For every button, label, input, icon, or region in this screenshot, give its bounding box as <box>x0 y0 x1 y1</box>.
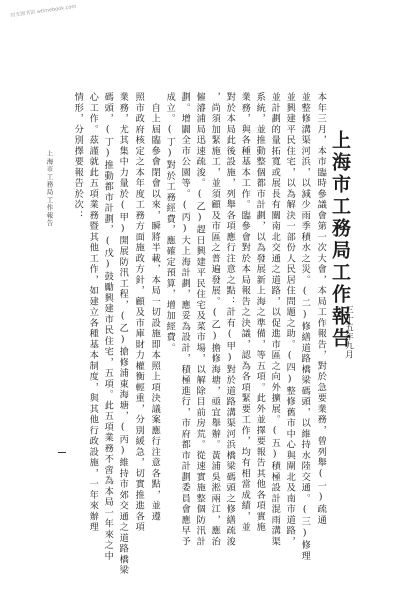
body-column-4: 並計劃的量拓寬或展長有關南北交通之道路，以促進市區之向外擴展。(五)積極設計混雨… <box>270 92 279 547</box>
body-column-11: 成立。(丁)對於工務經費，應確定預算，增加經費。 <box>165 92 174 354</box>
body-column-17: 情形，分別擇要報告於次： <box>73 92 82 221</box>
body-column-16: 心工作。茲謹就此五項業務暨其他工作，如建立各種基本制度，與其他行政設施，一年來辦… <box>88 92 97 533</box>
body-column-12: 自上屆臨參會閉會以來，瞬將半載，本局一切設施即本照上項決議案應行注意各點，並遵 <box>150 92 159 522</box>
document-page: 上海市工務局工作報告 三十五年九月 本年三月，本市臨時參議會第一次大會，本局工作… <box>0 0 403 600</box>
running-header: 上海市工務局工作報告 <box>46 150 53 227</box>
body-column-3: 並興建平民住宅，以為解決一部份人民居住問題之助。(四)整修舊市中心與閘北及南市道… <box>285 92 294 547</box>
body-column-1: 本年三月，本市臨時參議會第一次大會，本局工作報告，對於急要業務，曾列舉(一)疏通 <box>316 92 325 526</box>
body-column-5: 系統，並推動整個都市計劃，以為發展新上海之準備，等五項。此外並擇要報告其他各項實… <box>255 92 264 533</box>
body-column-2: 並整修溝渠河浜，以減少雨季積水之災。(二)修繕道路橋梁碼頭，以維持水陸交通。(三… <box>300 92 309 561</box>
body-column-9: 僱濬浦局迅速疏浚。(乙)趕日興建平民住宅及菜市場，以解除目前房荒。從速實施整個防… <box>195 92 204 547</box>
body-column-7: 對於本局此後設施，列舉各項應行注意之點：計有(甲)對於道路溝渠河浜橋梁碼頭之修繕… <box>225 92 234 547</box>
body-column-6: 業務，與各種基本工作。臨參會對於本局報告之決議，認為各項緊要工作，均有相當成績，… <box>240 92 249 533</box>
body-column-13: 照市政府核定之本年度工務方面施政方針，顧及市庫財力權衡輕重，分別緩急，切實推進各… <box>134 92 143 533</box>
body-column-8: ，尚須加緊施工，並須顧及市區之普遍發展。(乙)擔修海塘，亟宜舉辦。黃浦吳淞兩江，… <box>210 92 219 547</box>
report-date: 三十五年九月 <box>344 305 353 359</box>
body-column-15: 碼頭，(丁)推動都市計劃，(戊)鼓勵興建市民住宅，五項。此五項業務不啻為本局一年… <box>103 92 112 561</box>
body-column-14: 業務，尤其集中力量於(甲)開展防汛工程，(乙)搶修浦東海塘，(丙)維持市郊交通之… <box>118 92 127 576</box>
body-column-10: 劃。增闢全市公園等。(丙)大上海計劃，應妥為設計，積極進行，市府都市計劃委員會應… <box>180 92 189 547</box>
page-number <box>58 452 66 453</box>
